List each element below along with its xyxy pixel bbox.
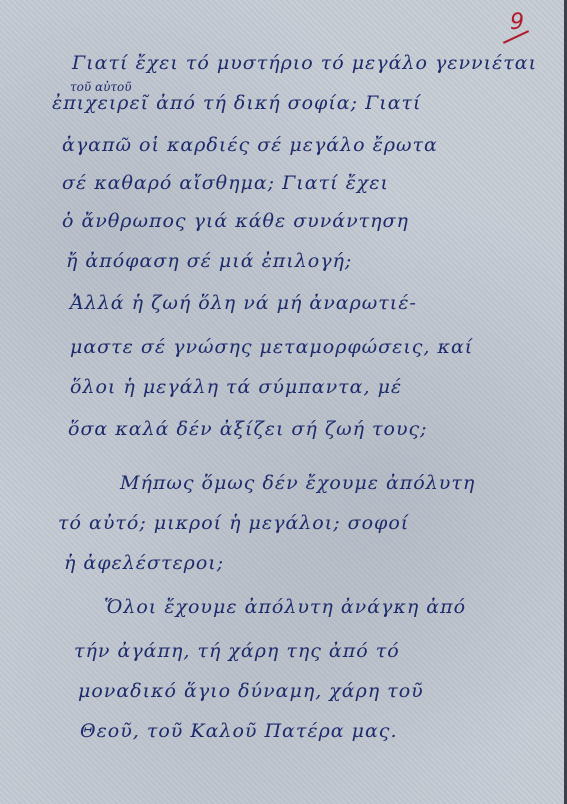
text-line-17: Θεοῦ, τοῦ Καλοῦ Πατέρα μας. — [80, 720, 397, 742]
text-line-13: ἡ ἀφελέστεροι; — [64, 552, 224, 574]
text-line-15: τήν ἀγάπη, τή χάρη της ἀπό τό — [74, 640, 400, 662]
text-line-5: ὁ ἄνθρωπος γιά κάθε συνάντηση — [62, 210, 409, 232]
text-line-4: σέ καθαρό αἴσθημα; Γιατί ἔχει — [62, 172, 389, 194]
text-line-10: ὅσα καλά δέν ἀξίζει σή ζωή τους; — [68, 418, 428, 440]
text-line-1: Γιατί ἔχει τό μυστήριο τό μεγάλο γεννιέτ… — [72, 52, 537, 74]
text-line-8: μαστε σέ γνώσης μεταμορφώσεις, καί — [70, 336, 473, 358]
text-line-9: ὅλοι ἡ μεγάλη τά σύμπαντα, μέ — [70, 376, 402, 398]
text-line-2: ἐπιχειρεῖ ἀπό τή δική σοφία; Γιατί — [52, 92, 422, 114]
text-line-6: ἤ ἀπόφαση σέ μιά ἐπιλογή; — [66, 250, 352, 272]
text-line-12: τό αὐτό; μικροί ἡ μεγάλοι; σοφοί — [58, 512, 409, 534]
text-line-16: μοναδικό ἅγιο δύναμη, χάρη τοῦ — [78, 680, 424, 702]
text-line-3: ἀγαπῶ οἱ καρδιές σέ μεγάλο ἔρωτα — [62, 134, 438, 156]
text-line-14: Ὅλοι ἔχουμε ἀπόλυτη ἀνάγκη ἀπό — [104, 596, 466, 618]
text-line-7: Ἀλλά ἡ ζωή ὅλη νά μή ἀναρωτιέ- — [70, 292, 417, 314]
page-number: 9 — [510, 10, 524, 35]
manuscript-page: 9 τοῦ αὐτοῦ Γιατί ἔχει τό μυστήριο τό με… — [0, 0, 567, 804]
text-line-11: Μήπως ὅμως δέν ἔχουμε ἀπόλυτη — [120, 472, 475, 494]
